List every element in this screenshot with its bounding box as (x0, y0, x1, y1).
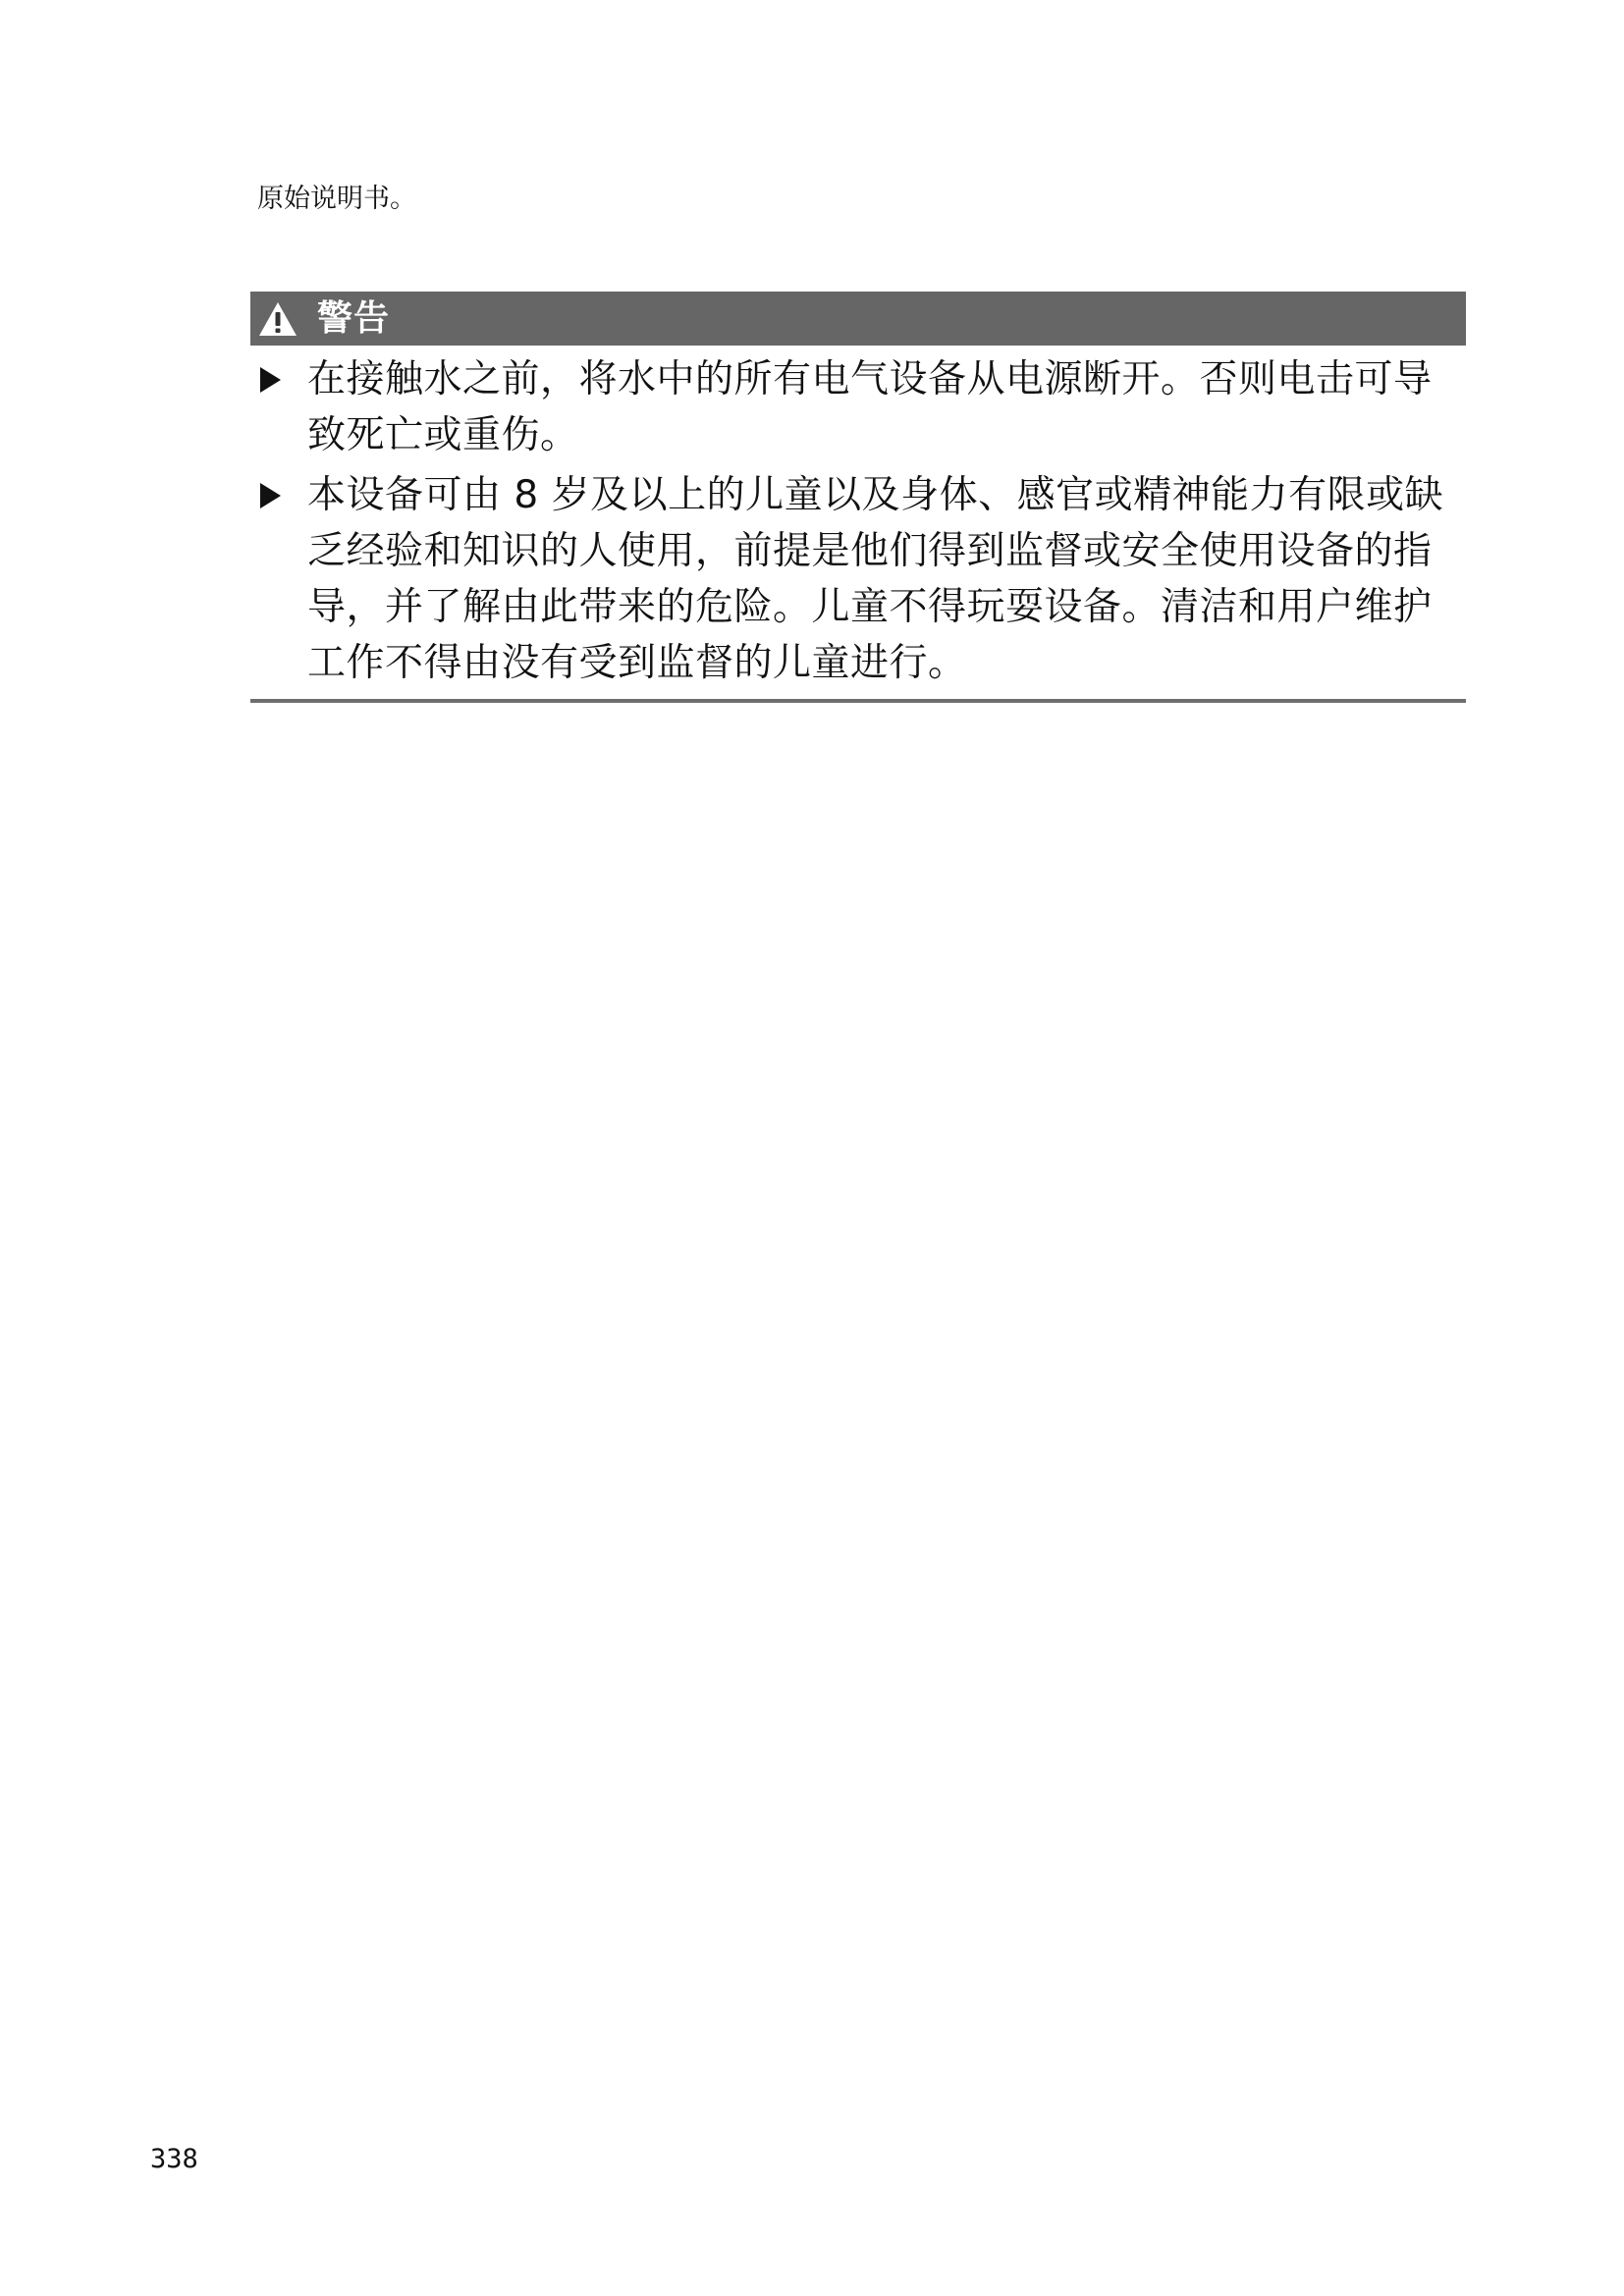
warning-triangle-icon (258, 300, 299, 338)
triangle-bullet-icon (260, 483, 281, 508)
warning-item: 在接触水之前，将水中的所有电气设备从电源断开。否则电击可导致死亡或重伤。 (250, 351, 1466, 463)
intro-text: 原始说明书。 (257, 183, 416, 216)
warning-title: 警告 (317, 299, 390, 339)
triangle-bullet-icon (260, 367, 281, 393)
page-number: 338 (150, 2144, 198, 2174)
warning-box: 警告 在接触水之前，将水中的所有电气设备从电源断开。否则电击可导致死亡或重伤。 … (250, 292, 1466, 703)
warning-list: 在接触水之前，将水中的所有电气设备从电源断开。否则电击可导致死亡或重伤。 本设备… (250, 351, 1466, 691)
warning-item: 本设备可由 8 岁及以上的儿童以及身体、感官或精神能力有限或缺乏经验和知识的人使… (250, 467, 1466, 691)
warning-item-text: 在接触水之前，将水中的所有电气设备从电源断开。否则电击可导致死亡或重伤。 (307, 357, 1433, 457)
warning-bottom-rule (250, 699, 1466, 703)
warning-item-text: 本设备可由 8 岁及以上的儿童以及身体、感官或精神能力有限或缺乏经验和知识的人使… (307, 473, 1443, 685)
warning-header: 警告 (250, 292, 1466, 346)
